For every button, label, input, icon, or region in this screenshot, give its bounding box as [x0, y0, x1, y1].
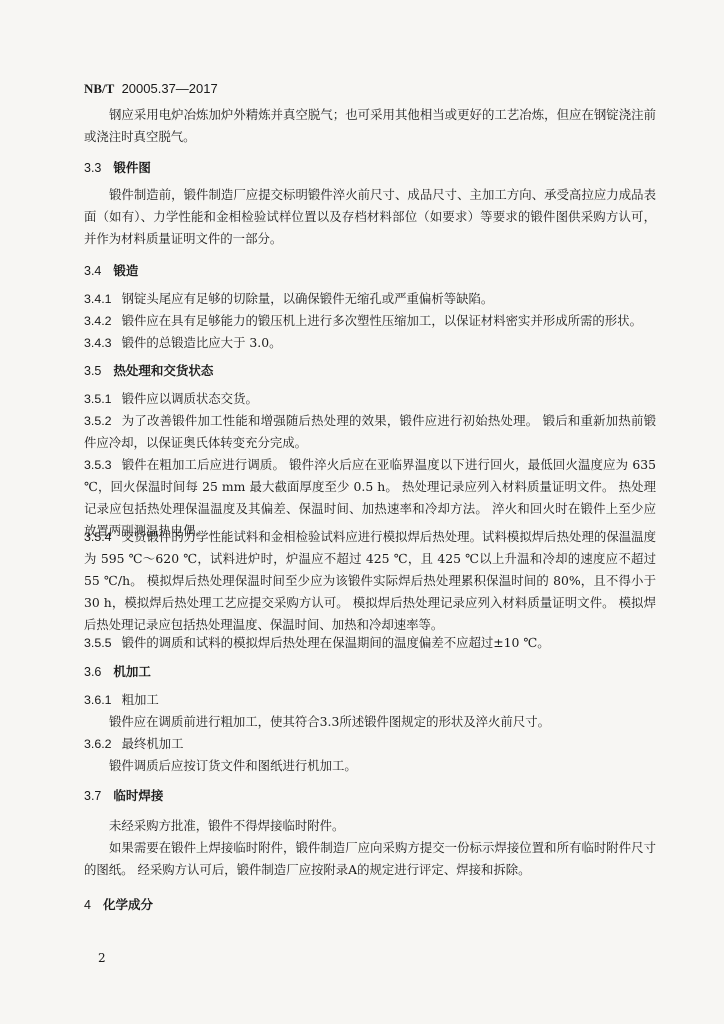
section-4-heading: 4化学成分 [84, 895, 153, 913]
clause-number: 3.5.5 [84, 636, 112, 650]
clause-number: 3.4.3 [84, 336, 112, 350]
clause-text: 为了改善锻件加工性能和增强随后热处理的效果，锻件应进行初始热处理。 锻后和重新加… [84, 413, 656, 450]
clause-3-5-4: 3.5.4交货锻件的力学性能试料和金相检验试料应进行模拟焊后热处理。试料模拟焊后… [84, 526, 656, 636]
section-title: 临时焊接 [113, 788, 163, 803]
section-3-7-heading: 3.7临时焊接 [84, 786, 163, 804]
section-3-5-heading: 3.5热处理和交货状态 [84, 361, 213, 379]
section-3-7-para-1: 未经采购方批准，锻件不得焊接临时附件。 [84, 815, 656, 837]
clause-3-4-1: 3.4.1钢锭头尾应有足够的切除量，以确保锻件无缩孔或严重偏析等缺陷。 [84, 288, 656, 310]
clause-3-6-2: 3.6.2最终机加工 [84, 733, 656, 755]
clause-number: 3.4.1 [84, 292, 112, 306]
section-number: 3.5 [84, 364, 101, 378]
clause-3-4-2: 3.4.2锻件应在具有足够能力的锻压机上进行多次塑性压缩加工，以保证材料密实并形… [84, 310, 656, 332]
document-page: NB/T 20005.37—2017 钢应采用电炉冶炼加炉外精炼并真空脱气；也可… [0, 0, 724, 1024]
clause-title: 粗加工 [122, 692, 159, 707]
section-3-3-text: 锻件制造前，锻件制造厂应提交标明锻件淬火前尺寸、成品尺寸、主加工方向、承受高拉应… [84, 184, 656, 250]
clause-3-5-5: 3.5.5锻件的调质和试料的模拟焊后热处理在保温期间的温度偏差不应超过±10 ℃… [84, 632, 656, 654]
clause-number: 3.5.3 [84, 458, 112, 472]
clause-text: 锻件的调质和试料的模拟焊后热处理在保温期间的温度偏差不应超过±10 ℃。 [122, 635, 550, 650]
intro-paragraph: 钢应采用电炉冶炼加炉外精炼并真空脱气；也可采用其他相当或更好的工艺冶炼，但应在钢… [84, 104, 656, 148]
section-number: 3.3 [84, 161, 101, 175]
clause-number: 3.6.1 [84, 693, 112, 707]
clause-3-4-3: 3.4.3锻件的总锻造比应大于 3.0。 [84, 332, 656, 354]
standard-header: NB/T 20005.37—2017 [84, 81, 218, 97]
clause-text: 钢锭头尾应有足够的切除量，以确保锻件无缩孔或严重偏析等缺陷。 [122, 291, 494, 306]
clause-text: 锻件应以调质状态交货。 [122, 391, 258, 406]
section-title: 锻件图 [113, 160, 151, 175]
clause-number: 3.6.2 [84, 737, 112, 751]
standard-number: 20005.37—2017 [122, 81, 218, 96]
section-title: 化学成分 [103, 897, 153, 912]
clause-3-5-1: 3.5.1锻件应以调质状态交货。 [84, 388, 656, 410]
clause-3-5-2: 3.5.2为了改善锻件加工性能和增强随后热处理的效果，锻件应进行初始热处理。 锻… [84, 410, 656, 454]
clause-number: 3.4.2 [84, 314, 112, 328]
clause-title: 最终机加工 [122, 736, 184, 751]
clause-3-6-1: 3.6.1粗加工 [84, 689, 656, 711]
section-3-6-heading: 3.6机加工 [84, 662, 151, 680]
clause-text: 锻件的总锻造比应大于 3.0。 [122, 335, 282, 350]
section-title: 机加工 [113, 664, 151, 679]
clause-number: 3.5.1 [84, 392, 112, 406]
clause-number: 3.5.4 [84, 530, 112, 544]
section-number: 3.4 [84, 264, 101, 278]
clause-text: 锻件应在具有足够能力的锻压机上进行多次塑性压缩加工，以保证材料密实并形成所需的形… [122, 313, 642, 328]
section-number: 4 [84, 898, 91, 912]
section-number: 3.6 [84, 665, 101, 679]
page-number: 2 [98, 951, 106, 965]
section-3-3-heading: 3.3锻件图 [84, 158, 151, 176]
clause-3-6-1-text: 锻件应在调质前进行粗加工，使其符合3.3所述锻件图规定的形状及淬火前尺寸。 [109, 711, 656, 733]
section-title: 热处理和交货状态 [113, 363, 213, 378]
section-number: 3.7 [84, 789, 101, 803]
clause-text: 交货锻件的力学性能试料和金相检验试料应进行模拟焊后热处理。试料模拟焊后热处理的保… [84, 529, 656, 632]
section-3-4-heading: 3.4锻造 [84, 261, 138, 279]
section-3-7-para-2: 如果需要在锻件上焊接临时附件，锻件制造厂应向采购方提交一份标示焊接位置和所有临时… [84, 837, 656, 881]
section-title: 锻造 [113, 263, 138, 278]
clause-3-6-2-text: 锻件调质后应按订货文件和图纸进行机加工。 [109, 755, 656, 777]
clause-number: 3.5.2 [84, 414, 112, 428]
standard-code: NB/T [84, 81, 114, 96]
